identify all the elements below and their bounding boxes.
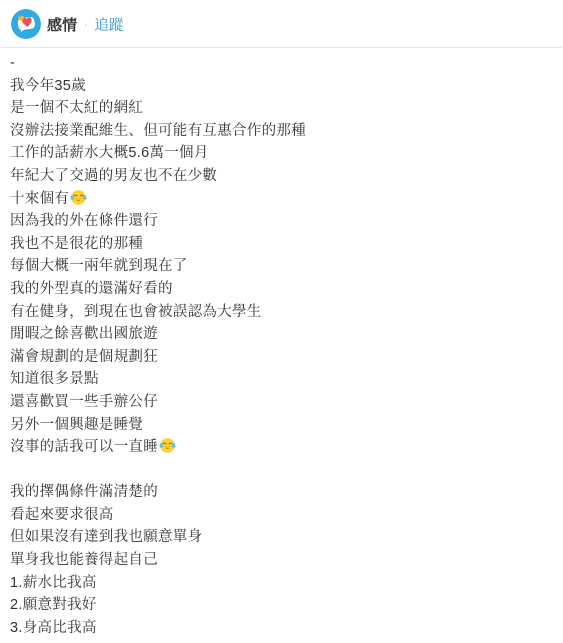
joy-emoji (159, 437, 176, 454)
post-line-text: 十來個有 (10, 191, 69, 207)
post-line: 我也不是很花的那種 (10, 233, 553, 256)
post-line: 但如果沒有達到我也願意單身 (10, 526, 553, 549)
post-line: 因為我的外在條件還行 (10, 210, 553, 233)
post-line: 沒辦法接業配維生、但可能有互惠合作的那種 (10, 120, 553, 143)
post-line: 十來個有 (10, 188, 553, 211)
post-line-text: 3.身高比我高 (10, 620, 97, 636)
post-line-text: 2.願意對我好 (10, 597, 97, 613)
post-line: 沒事的話我可以一直睡 (10, 436, 553, 459)
post-line: 工作的話薪水大概5.6萬一個月 (10, 142, 553, 165)
post-line-text: 我的擇偶條件滿清楚的 (10, 484, 158, 500)
post-line: 我的擇偶條件滿清楚的 (10, 481, 553, 504)
post-line: 3.身高比我高 (10, 617, 553, 640)
post-line-text: 單身我也能養得起自己 (10, 552, 158, 568)
post-line: 還喜歡買一些手辦公仔 (10, 391, 553, 414)
post-line-text: 但如果沒有達到我也願意單身 (10, 529, 202, 545)
post-line-text (10, 462, 14, 478)
post-line-text: 我今年35歲 (10, 78, 86, 94)
post-line-text: 因為我的外在條件還行 (10, 213, 158, 229)
post-line-text: 我也不是很花的那種 (10, 236, 143, 252)
post-line: 1.薪水比我高 (10, 572, 553, 595)
post-line: 是一個不太紅的網紅 (10, 97, 553, 120)
post-line-text: 知道很多景點 (10, 371, 99, 387)
post-line: 有在健身，到現在也會被誤認為大學生 (10, 301, 553, 324)
post-line: - (10, 52, 553, 75)
post-line-text: 沒事的話我可以一直睡 (10, 439, 158, 455)
post-line-text: 每個大概一兩年就到現在了 (10, 258, 188, 274)
post-line-text: 滿會規劃的是個規劃狂 (10, 349, 158, 365)
post-line: 滿會規劃的是個規劃狂 (10, 346, 553, 369)
joy-emoji (70, 189, 87, 206)
post-line-text: 還喜歡買一些手辦公仔 (10, 394, 158, 410)
board-name[interactable]: 感情 (47, 14, 77, 35)
post-line-text: 年紀大了交過的男友也不在少數 (10, 168, 217, 184)
post-line-text: 我的外型真的還滿好看的 (10, 281, 173, 297)
post-line: 看起來要求很高 (10, 504, 553, 527)
post-line (10, 459, 553, 482)
post-line: 單身我也能養得起自己 (10, 549, 553, 572)
post-line-text: 有在健身，到現在也會被誤認為大學生 (10, 304, 262, 320)
post-line-text: 沒辦法接業配維生、但可能有互惠合作的那種 (10, 123, 306, 139)
post-line: 年紀大了交過的男友也不在少數 (10, 165, 553, 188)
post-line-text: 看起來要求很高 (10, 507, 114, 523)
post-line-text: 工作的話薪水大概5.6萬一個月 (10, 145, 209, 161)
post-line: 另外一個興趣是睡覺 (10, 414, 553, 437)
post-line: 我的外型真的還滿好看的 (10, 278, 553, 301)
post-line: 我今年35歲 (10, 75, 553, 98)
post-line: 知道很多景點 (10, 368, 553, 391)
post-body: -我今年35歲是一個不太紅的網紅沒辦法接業配維生、但可能有互惠合作的那種工作的話… (0, 48, 563, 639)
post-line: 2.願意對我好 (10, 594, 553, 617)
post-line-text: 是一個不太紅的網紅 (10, 100, 143, 116)
post-line-text: 1.薪水比我高 (10, 575, 97, 591)
post-line-text: 閒暇之餘喜歡出國旅遊 (10, 326, 158, 342)
post-line-text: 另外一個興趣是睡覺 (10, 417, 143, 433)
post-line: 閒暇之餘喜歡出國旅遊 (10, 323, 553, 346)
post-line-text: - (10, 55, 15, 71)
follow-link[interactable]: 追蹤 (94, 14, 123, 35)
header-separator-dot: · (84, 17, 88, 32)
relationship-board-icon[interactable] (11, 9, 41, 39)
post-line: 每個大概一兩年就到現在了 (10, 255, 553, 278)
post-page: 感情 · 追蹤 -我今年35歲是一個不太紅的網紅沒辦法接業配維生、但可能有互惠合… (0, 0, 563, 643)
post-header: 感情 · 追蹤 (1, 0, 562, 48)
